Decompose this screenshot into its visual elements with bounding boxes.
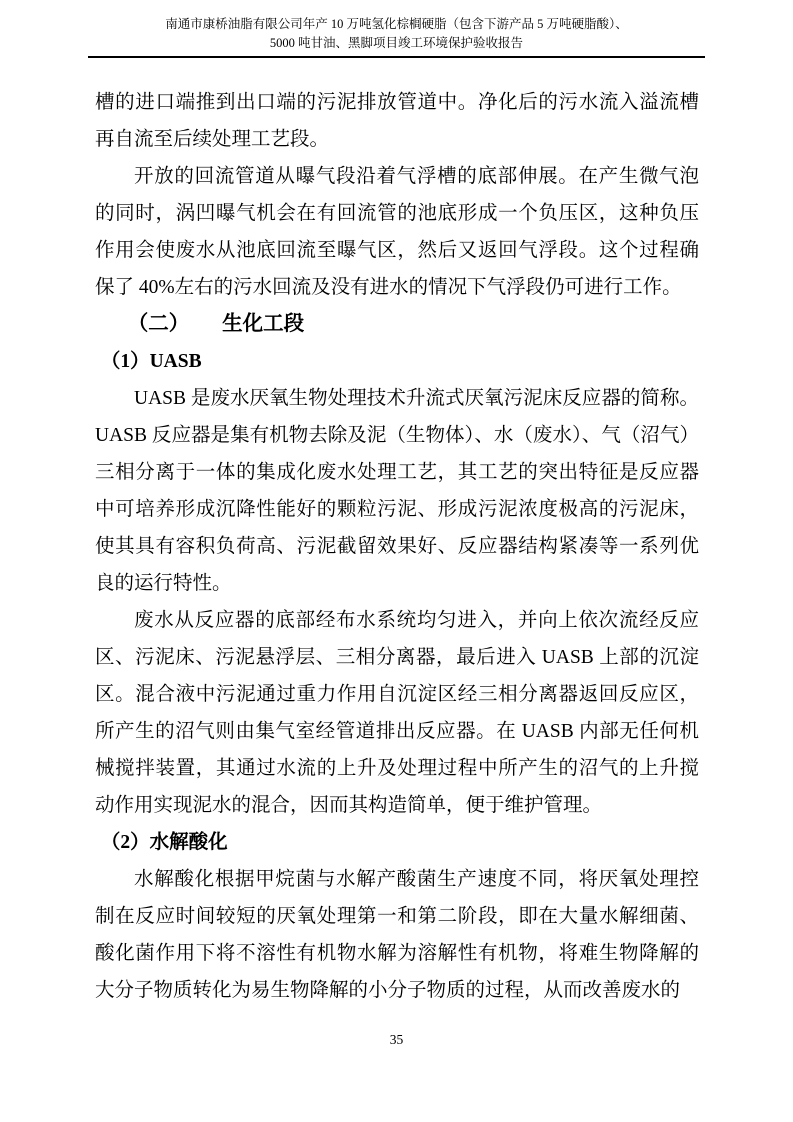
page-number: 35 [390, 1032, 404, 1047]
heading-biochemical-section: （二）生化工段 [95, 306, 699, 343]
heading-section-label: （二） [128, 313, 190, 335]
paragraph-hydrolysis: 水解酸化根据甲烷菌与水解产酸菌生产速度不同，将厌氧处理控制在反应时间较短的厌氧处… [95, 861, 699, 1009]
paragraph-uasb-intro: UASB 是废水厌氧生物处理技术升流式厌氧污泥床反应器的简称。UASB 反应器是… [95, 380, 699, 602]
document-body: 槽的进口端推到出口端的污泥排放管道中。净化后的污水流入溢流槽再自流至后续处理工艺… [95, 84, 699, 1009]
paragraph-sludge-continuation: 槽的进口端推到出口端的污泥排放管道中。净化后的污水流入溢流槽再自流至后续处理工艺… [95, 84, 699, 158]
paragraph-uasb-flow: 废水从反应器的底部经布水系统均匀进入，并向上依次流经反应区、污泥床、污泥悬浮层、… [95, 602, 699, 824]
header-title-line2: 5000 吨甘油、黑脚项目竣工环境保护验收报告 [88, 34, 705, 53]
heading-uasb: （1）UASB [95, 343, 699, 380]
heading-section-title: 生化工段 [222, 313, 304, 335]
document-page: 南通市康桥油脂有限公司年产 10 万吨氢化棕榈硬脂（包含下游产品 5 万吨硬脂酸… [0, 0, 793, 1122]
page-header: 南通市康桥油脂有限公司年产 10 万吨氢化棕榈硬脂（包含下游产品 5 万吨硬脂酸… [88, 15, 705, 58]
header-title-line1: 南通市康桥油脂有限公司年产 10 万吨氢化棕榈硬脂（包含下游产品 5 万吨硬脂酸… [88, 15, 705, 34]
paragraph-airfloat-return: 开放的回流管道从曝气段沿着气浮槽的底部伸展。在产生微气泡的同时，涡凹曝气机会在有… [95, 158, 699, 306]
heading-hydrolysis: （2）水解酸化 [95, 824, 699, 861]
page-footer: 35 [0, 1031, 793, 1049]
